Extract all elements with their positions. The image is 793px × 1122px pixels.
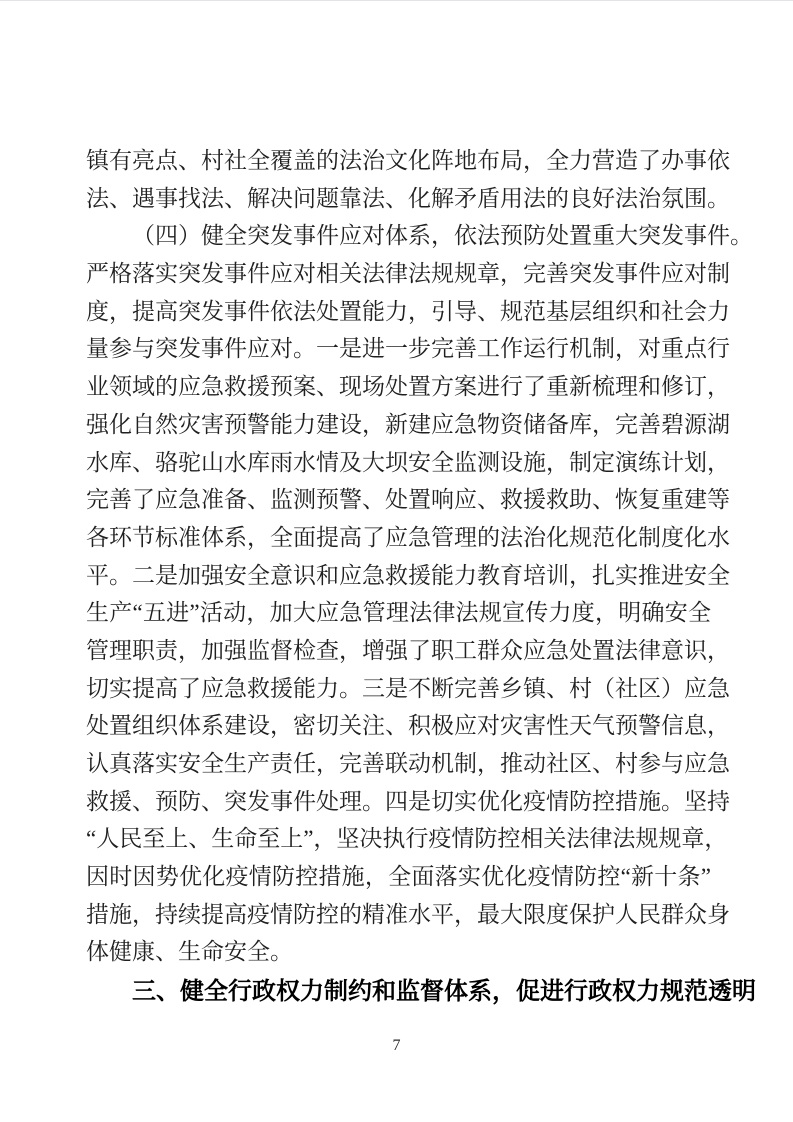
text-line: 度，提高突发事件依法处置能力，引导、规范基层组织和社会力 — [86, 293, 711, 331]
text-line: 业领域的应急救援预案、现场处置方案进行了重新梳理和修订， — [86, 368, 711, 406]
subsection-title-line: （四）健全突发事件应对体系，依法预防处置重大突发事件。 — [86, 217, 711, 255]
text-line: “人民至上、生命至上”，坚决执行疫情防控相关法律法规规章， — [86, 820, 711, 858]
text-line: 严格落实突发事件应对相关法律法规规章，完善突发事件应对制 — [86, 255, 711, 293]
text-line: 处置组织体系建设，密切关注、积极应对灾害性天气预警信息， — [86, 707, 711, 745]
page-number: 7 — [0, 1037, 793, 1055]
text-line: 管理职责，加强监督检查，增强了职工群众应急处置法律意识， — [86, 632, 711, 670]
text-line: 完善了应急准备、监测预警、处置响应、救援救助、恢复重建等 — [86, 481, 711, 519]
text-line: 生产“五进”活动，加大应急管理法律法规宣传力度，明确安全 — [86, 594, 711, 632]
text-line: 平。二是加强安全意识和应急救援能力教育培训，扎实推进安全 — [86, 557, 711, 595]
section-heading: 三、健全行政权力制约和监督体系，促进行政权力规范透明 — [86, 973, 711, 1011]
text-line: 镇有亮点、村社全覆盖的法治文化阵地布局，全力营造了办事依 — [86, 142, 711, 180]
text-line: 救援、预防、突发事件处理。四是切实优化疫情防控措施。坚持 — [86, 783, 711, 821]
text-line: 法、遇事找法、解决问题靠法、化解矛盾用法的良好法治氛围。 — [86, 180, 711, 218]
text-line: 因时因势优化疫情防控措施，全面落实优化疫情防控“新十条” — [86, 858, 711, 896]
document-page: 镇有亮点、村社全覆盖的法治文化阵地布局，全力营造了办事依 法、遇事找法、解决问题… — [0, 0, 793, 1122]
text-line: 水库、骆驼山水库雨水情及大坝安全监测设施，制定演练计划， — [86, 444, 711, 482]
text-line: 切实提高了应急救援能力。三是不断完善乡镇、村（社区）应急 — [86, 670, 711, 708]
text-line: 体健康、生命安全。 — [86, 933, 711, 971]
text-line: 认真落实安全生产责任，完善联动机制，推动社区、村参与应急 — [86, 745, 711, 783]
text-line: 措施，持续提高疫情防控的精准水平，最大限度保护人民群众身 — [86, 896, 711, 934]
document-body: 镇有亮点、村社全覆盖的法治文化阵地布局，全力营造了办事依 法、遇事找法、解决问题… — [86, 142, 711, 1011]
text-line: 量参与突发事件应对。一是进一步完善工作运行机制，对重点行 — [86, 330, 711, 368]
text-line: 强化自然灾害预警能力建设，新建应急物资储备库，完善碧源湖 — [86, 406, 711, 444]
text-line: 各环节标准体系，全面提高了应急管理的法治化规范化制度化水 — [86, 519, 711, 557]
